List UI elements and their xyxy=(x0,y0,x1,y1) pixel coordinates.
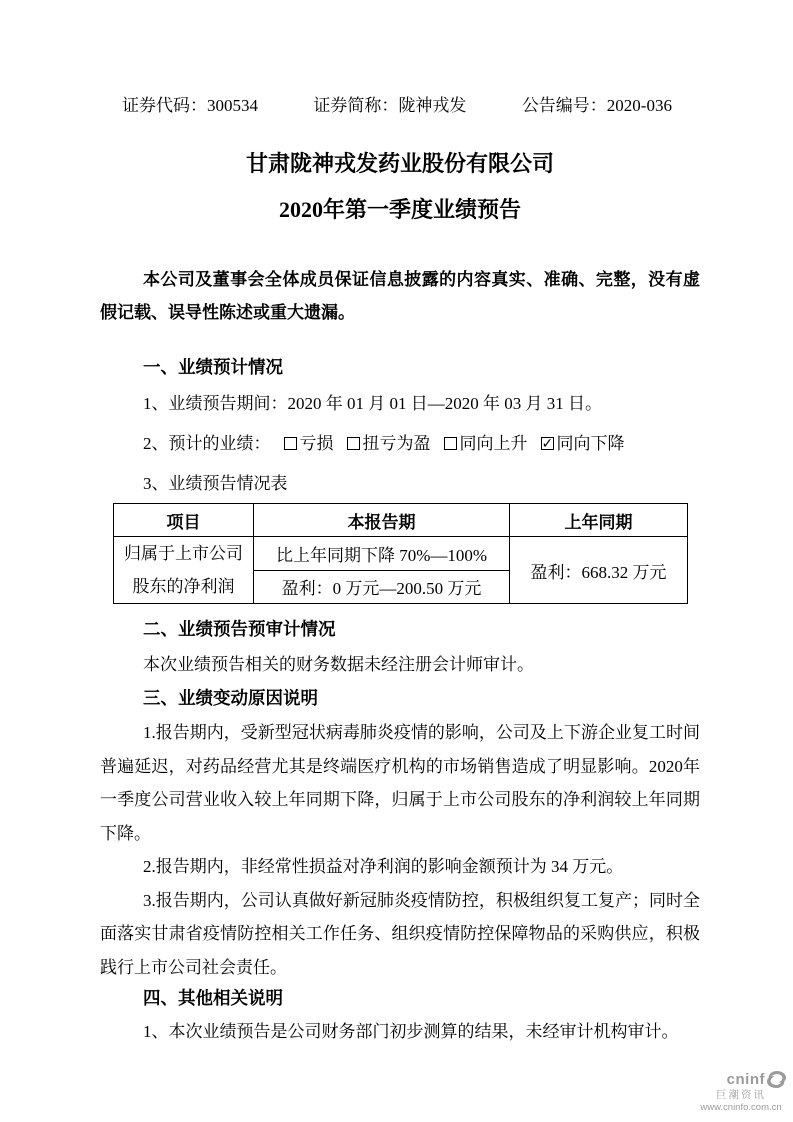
reason-paragraph-3: 3.报告期内，公司认真做好新冠肺炎疫情防控，积极组织复工复产；同时全面落实甘肃省… xyxy=(100,884,700,985)
board-disclaimer: 本公司及董事会全体成员保证信息披露的内容真实、准确、完整，没有虚假记载、误导性陈… xyxy=(100,263,700,329)
table-cell-decline-range: 比上年同期下降 70%—100% xyxy=(254,537,510,571)
table-header-row: 项目 本报告期 上年同期 xyxy=(114,504,688,537)
option-turnaround: 扭亏为盈 xyxy=(347,434,431,453)
option-decrease-label: 同向下降 xyxy=(557,434,625,453)
table-cell-prior-profit: 盈利：668.32 万元 xyxy=(510,537,688,604)
cninfo-brand-text: cninf xyxy=(727,1071,765,1088)
checkbox-increase-icon xyxy=(444,437,457,450)
checkbox-loss-icon xyxy=(284,437,297,450)
checkbox-turnaround-icon xyxy=(347,437,360,450)
net-profit-line2: 股东的净利润 xyxy=(118,570,249,603)
other-statement: 1、本次业绩预告是公司财务部门初步测算的结果，未经审计机构审计。 xyxy=(100,1020,700,1043)
option-decrease: 同向下降 xyxy=(541,434,625,453)
reason-paragraph-1: 1.报告期内，受新型冠状病毒肺炎疫情的影响，公司及上下游企业复工时间普遍延迟，对… xyxy=(100,716,700,850)
stock-abbr: 证券简称：陇神戎发 xyxy=(313,95,466,117)
option-loss: 亏损 xyxy=(284,434,334,453)
option-increase-label: 同向上升 xyxy=(460,434,528,453)
reason-paragraph-2: 2.报告期内，非经常性损益对净利润的影响金额预计为 34 万元。 xyxy=(100,850,700,884)
table-header-prior-period: 上年同期 xyxy=(510,504,688,537)
table-header-current-period: 本报告期 xyxy=(254,504,510,537)
forecast-type-label: 2、预计的业绩： xyxy=(143,434,271,453)
company-title: 甘肃陇神戎发药业股份有限公司 xyxy=(100,149,700,179)
forecast-table: 项目 本报告期 上年同期 归属于上市公司 股东的净利润 比上年同期下降 70%—… xyxy=(113,503,688,604)
option-loss-label: 亏损 xyxy=(300,434,334,453)
table-cell-profit-range: 盈利：0 万元—200.50 万元 xyxy=(254,570,510,604)
checkbox-decrease-icon xyxy=(541,437,554,450)
table-header-item: 项目 xyxy=(114,504,254,537)
report-title: 2020年第一季度业绩预告 xyxy=(100,195,700,225)
cninfo-chinese-name: 巨潮资讯 xyxy=(693,1089,789,1102)
cninfo-brand-row: cninf xyxy=(693,1070,789,1089)
stock-code: 证券代码：300534 xyxy=(122,95,258,117)
table-cell-net-profit: 归属于上市公司 股东的净利润 xyxy=(114,537,254,604)
doc-header: 证券代码：300534 证券简称：陇神戎发 公告编号：2020-036 xyxy=(100,95,700,117)
document-page: 证券代码：300534 证券简称：陇神戎发 公告编号：2020-036 甘肃陇神… xyxy=(0,0,793,1122)
forecast-period-item: 1、业绩预告期间：2020 年 01 月 01 日—2020 年 03 月 31… xyxy=(100,392,700,415)
cninfo-watermark: cninf 巨潮资讯 www.cninfo.com.cn xyxy=(693,1070,789,1114)
cninfo-url: www.cninfo.com.cn xyxy=(693,1102,789,1114)
cninfo-swirl-icon xyxy=(766,1070,787,1089)
table-row: 归属于上市公司 股东的净利润 比上年同期下降 70%—100% 盈利：668.3… xyxy=(114,537,688,571)
forecast-type-item: 2、预计的业绩：亏损扭亏为盈同向上升同向下降 xyxy=(100,432,700,455)
option-turnaround-label: 扭亏为盈 xyxy=(363,434,431,453)
section-4-heading: 四、其他相关说明 xyxy=(100,987,700,1010)
section-3-heading: 三、业绩变动原因说明 xyxy=(100,687,700,710)
option-increase: 同向上升 xyxy=(444,434,528,453)
section-1-heading: 一、业绩预计情况 xyxy=(100,356,700,379)
net-profit-line1: 归属于上市公司 xyxy=(118,537,249,570)
audit-statement: 本次业绩预告相关的财务数据未经注册会计师审计。 xyxy=(100,653,700,676)
announcement-no: 公告编号：2020-036 xyxy=(522,95,672,117)
section-2-heading: 二、业绩预告预审计情况 xyxy=(100,618,700,641)
table-caption-item: 3、业绩预告情况表 xyxy=(100,472,700,495)
